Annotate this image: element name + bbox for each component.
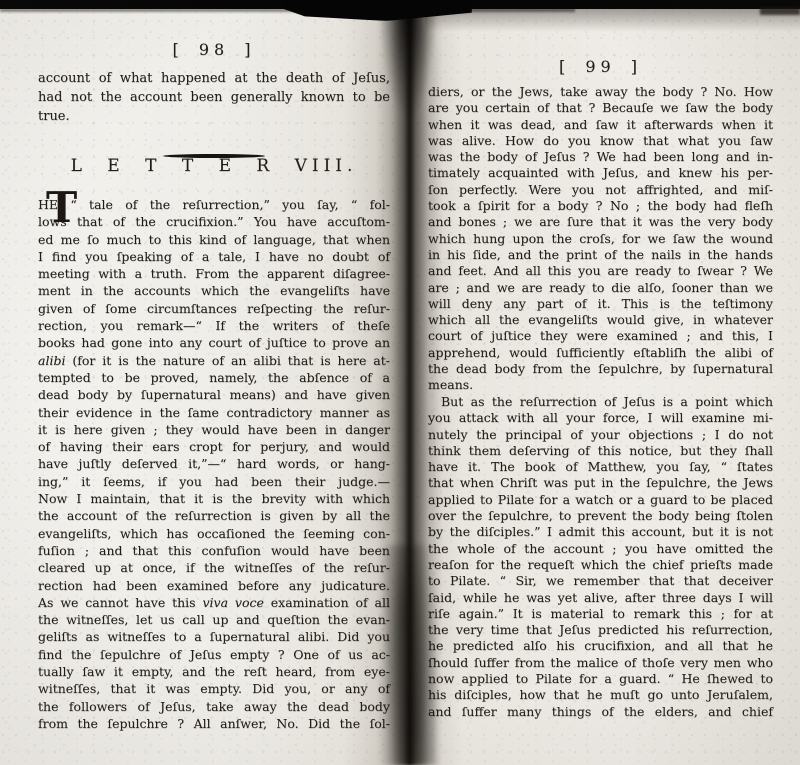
text-line: over the ſepulchre, to prevent the body …	[428, 508, 773, 524]
text-line: Now I maintain, that it is the brevity w…	[38, 490, 390, 507]
text-line: nutely the principal of your objections …	[428, 427, 773, 443]
intro-paragraph: account of what happened at the death of…	[38, 69, 390, 126]
second-paragraph: But as the reſurrection of Jeſus is a po…	[428, 394, 773, 720]
text-line: when it was dead, and ſaw it afterwards …	[428, 117, 773, 133]
page-number-99: [ 99 ]	[428, 57, 773, 76]
text-line: and bones ; we are ſure that it was the …	[428, 214, 773, 230]
top-right-corner-mark	[760, 7, 800, 15]
text-line: are you certain of that ? Becauſe we ſaw…	[428, 100, 773, 116]
text-line: apprehend, would ſufficiently eſtabliſh …	[428, 345, 773, 361]
text-line: applied to Pilate for a watch or a guard…	[428, 492, 773, 508]
text-line: evangeliſts, which has occaſioned the ſe…	[38, 525, 390, 542]
text-line: HE “ tale of the reſurrection,” you ſay,…	[38, 196, 390, 213]
text-line: ſhould ſuffer from the malice of thoſe v…	[428, 655, 773, 671]
text-line: witneſſes, that it was empty. Did you, o…	[38, 680, 390, 697]
text-line: was alive. How do you know that what you…	[428, 133, 773, 149]
text-line: ſaid, while he was yet alive, after thre…	[428, 590, 773, 606]
drop-cap-initial: T	[46, 187, 77, 229]
text-line: have juſtly deſerved it,”—“ hard words, …	[38, 455, 390, 472]
text-line: which all the evangeliſts would give, in…	[428, 312, 773, 328]
letter-body-paragraph: T HE “ tale of the reſurrection,” you ſa…	[38, 196, 390, 732]
text-line: the dead body from the ſepulchre, by ſup…	[428, 361, 773, 377]
continued-paragraph: diers, or the Jews, take away the body ?…	[428, 84, 773, 394]
text-line: ment in the accounts which the evangeliſ…	[38, 282, 390, 299]
text-line: diers, or the Jews, take away the body ?…	[428, 84, 773, 100]
text-line: from the ſepulchre ? All anſwer, No. Did…	[38, 715, 390, 732]
text-line: by the diſciples.” I admit this account,…	[428, 524, 773, 540]
text-line: alibi (for it is the nature of an alibi …	[38, 352, 390, 369]
text-line: given of ſome circumſtances reſpecting t…	[38, 300, 390, 317]
text-line: reaſon for the requeſt which the chief p…	[428, 557, 773, 573]
text-line: tually ſaw it empty, and the reſt heard,…	[38, 663, 390, 680]
text-line: the account of the reſurrection is given…	[38, 507, 390, 524]
text-line: riſe again.” It is material to remark th…	[428, 606, 773, 622]
text-line: find the ſepulchre of Jeſus empty ? One …	[38, 646, 390, 663]
text-line: means.	[428, 377, 773, 393]
text-line: account of what happened at the death of…	[38, 69, 390, 88]
text-line: and feet. And all this you are ready to …	[428, 263, 773, 279]
gutter-bottom-blotch	[384, 545, 436, 765]
page-number-98: [ 98 ]	[38, 40, 390, 59]
text-line: are ; and we are ready to die alſo, ſoon…	[428, 280, 773, 296]
text-line: their evidence in the ſame contradictory…	[38, 404, 390, 421]
text-line: But as the reſurrection of Jeſus is a po…	[428, 394, 773, 410]
text-line: the very time that Jeſus predicted his r…	[428, 622, 773, 638]
text-line: As we cannot have this viva voce examina…	[38, 594, 390, 611]
text-line: now applied to Pilate for a guard. “ He …	[428, 671, 773, 687]
text-line: ſon perfectly. Were you not affrighted, …	[428, 182, 773, 198]
text-line: had not the account been generally known…	[38, 88, 390, 107]
book-scan: [ 98 ] account of what happened at the d…	[0, 0, 800, 765]
text-line: in his ſide, and the print of the nails …	[428, 247, 773, 263]
text-line: rection had been examined before any jud…	[38, 577, 390, 594]
letter-heading: L E T T E R VIII.	[38, 156, 390, 176]
left-page-column: [ 98 ] account of what happened at the d…	[38, 0, 390, 765]
text-line: ing,” it ſeems, if you had been their ju…	[38, 473, 390, 490]
text-line: that when Chriſt was put in the ſepulchr…	[428, 475, 773, 491]
text-line: took a ſpirit for a body ? No ; the body…	[428, 198, 773, 214]
text-line: he predicted alſo his crucifixion, and a…	[428, 638, 773, 654]
text-line: his diſciples, how that he muſt go unto …	[428, 687, 773, 703]
text-line: court of juſtice they were examined ; an…	[428, 328, 773, 344]
text-line: and ſuffer many things of the elders, an…	[428, 704, 773, 720]
text-line: the whole of the account ; you have omit…	[428, 541, 773, 557]
text-line: geliſts as witneſſes to a ſupernatural a…	[38, 628, 390, 645]
text-line: ed me ſo much to this kind of language, …	[38, 231, 390, 248]
text-line: cleared up at once, if the witneſſes of …	[38, 559, 390, 576]
text-line: I find you ſpeaking of a tale, I have no…	[38, 248, 390, 265]
text-line: of having their ears cropt for perjury, …	[38, 438, 390, 455]
text-line: have it. The book of Matthew, you ſay, “…	[428, 459, 773, 475]
text-line: will deny any part of it. This is the te…	[428, 296, 773, 312]
text-line: dead body by ſupernatural means) and hav…	[38, 386, 390, 403]
text-line: tempted to be proved, namely, the abſenc…	[38, 369, 390, 386]
text-line: was the body of Jeſus ? We had been long…	[428, 149, 773, 165]
text-line: meeting with a truth. From the apparent …	[38, 265, 390, 282]
text-line: to Pilate. “ Sir, we remember that that …	[428, 573, 773, 589]
text-line: lows that of the crucifixion.” You have …	[38, 213, 390, 230]
text-line: the followers of Jeſus, take away the de…	[38, 698, 390, 715]
text-line: the witneſſes, let us call up and queſti…	[38, 611, 390, 628]
text-line: books had gone into any court of juſtice…	[38, 334, 390, 351]
text-line: it is here given ; they would have been …	[38, 421, 390, 438]
text-line: timately acquainted with Jeſus, and knew…	[428, 165, 773, 181]
text-line: rection, you remark—“ If the writers of …	[38, 317, 390, 334]
text-line: fuſion ; and that this confuſion would h…	[38, 542, 390, 559]
text-line: think them deſerving of this notice, but…	[428, 443, 773, 459]
text-line: you attack with all your force, I will e…	[428, 410, 773, 426]
text-line: true.	[38, 107, 390, 126]
right-page-column: [ 99 ] diers, or the Jews, take away the…	[428, 0, 773, 765]
text-line: which hung upon the croſs, for we ſaw th…	[428, 231, 773, 247]
